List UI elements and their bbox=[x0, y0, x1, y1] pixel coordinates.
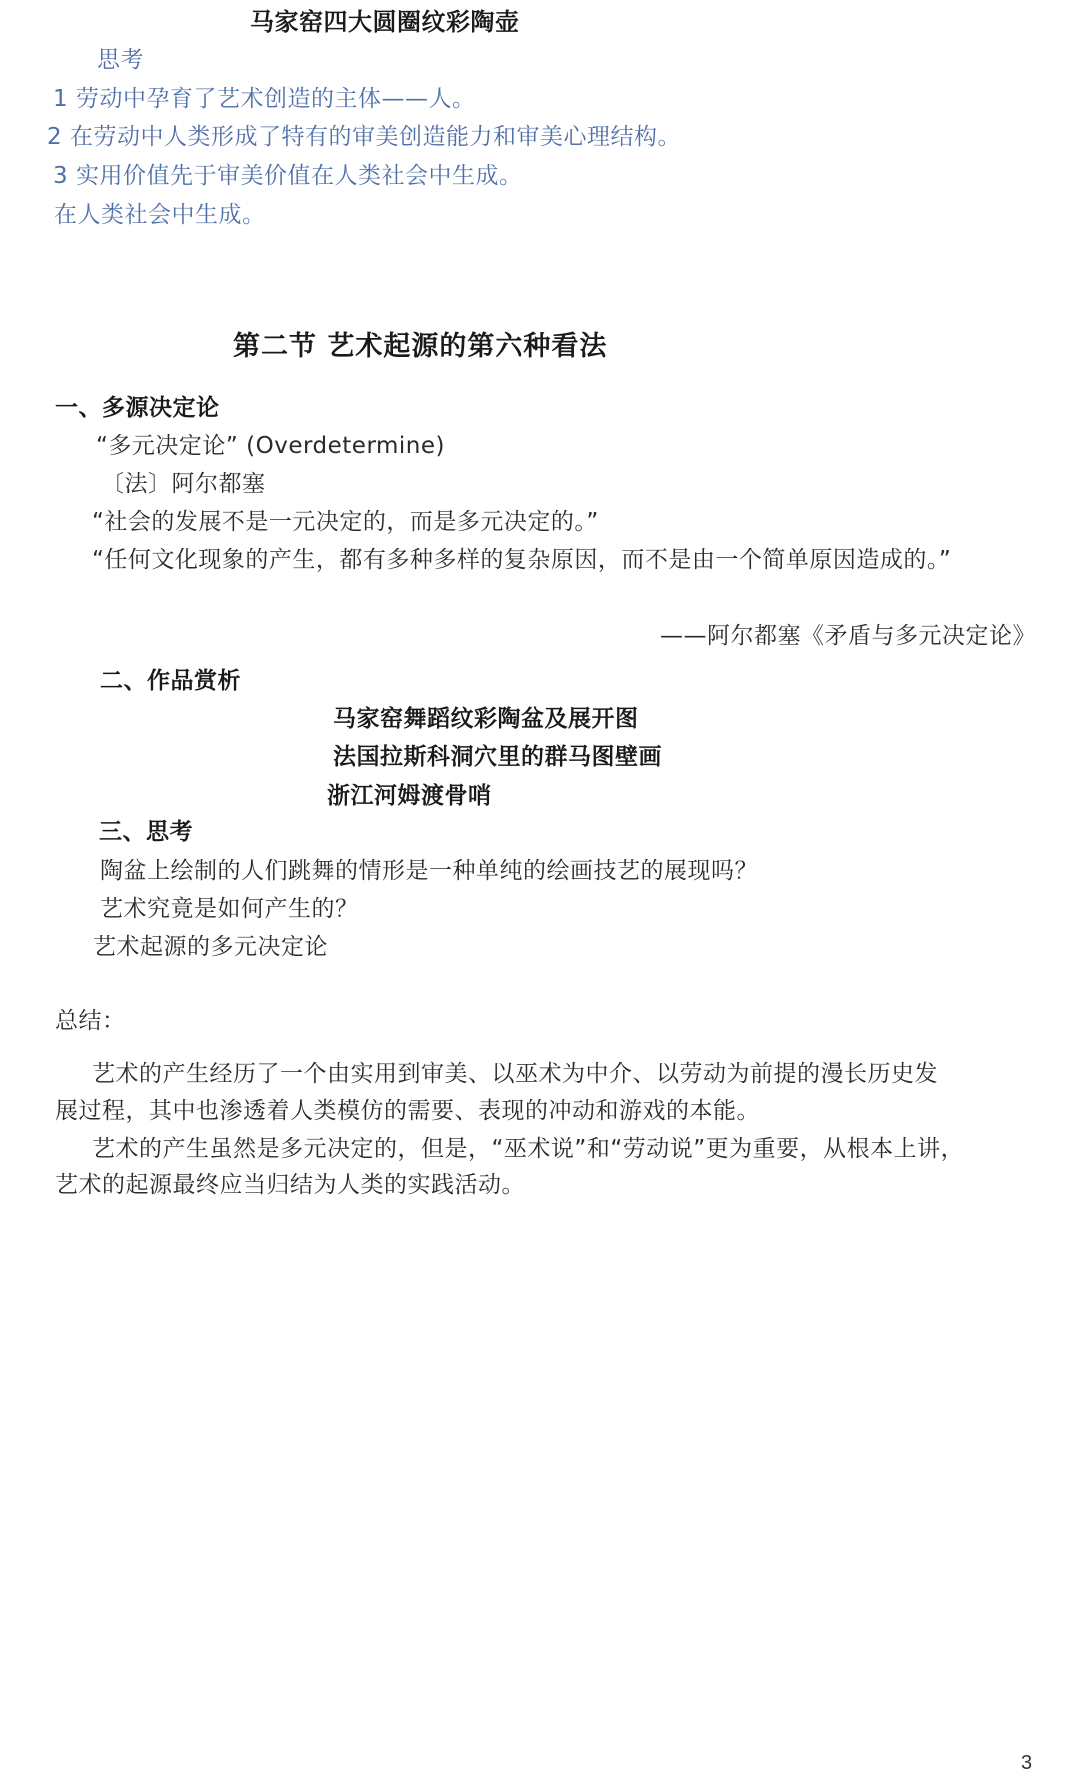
part3-question-1: 陶盆上绘制的人们跳舞的情形是一种单纯的绘画技艺的展现吗？ bbox=[100, 857, 758, 885]
thinking-label: 思考 bbox=[97, 46, 144, 74]
part1-term: “多元决定论” (Overdetermine) bbox=[96, 432, 445, 460]
part1-quote-2: “任何文化现象的产生，都有多种多样的复杂原因，而不是由一个简单原因造成的。” bbox=[92, 546, 951, 574]
thinking-point-continuation: 在人类社会中生成。 bbox=[54, 201, 266, 229]
image-caption: 马家窑四大圆圈纹彩陶壶 bbox=[250, 8, 520, 36]
summary-paragraph-2-line-1: 艺术的产生虽然是多元决定的，但是，“巫术说”和“劳动说”更为重要，从根本上讲， bbox=[92, 1135, 964, 1163]
summary-label: 总结： bbox=[55, 1007, 126, 1035]
artwork-item-2: 法国拉斯科洞穴里的群马图壁画 bbox=[333, 743, 662, 771]
part1-heading: 一、多源决定论 bbox=[55, 394, 220, 422]
part2-heading: 二、作品赏析 bbox=[100, 667, 241, 695]
page-number: 3 bbox=[1021, 1752, 1032, 1775]
thinking-point-1: 1 劳动中孕育了艺术创造的主体——人。 bbox=[53, 85, 475, 113]
section-title: 第二节 艺术起源的第六种看法 bbox=[233, 331, 607, 363]
part3-answer: 艺术起源的多元决定论 bbox=[93, 933, 328, 961]
thinking-point-3: 3 实用价值先于审美价值在人类社会中生成。 bbox=[53, 162, 522, 190]
part1-author: 〔法〕阿尔都塞 bbox=[101, 470, 266, 498]
artwork-item-3: 浙江河姆渡骨哨 bbox=[327, 782, 492, 810]
summary-paragraph-2-line-2: 艺术的起源最终应当归结为人类的实践活动。 bbox=[55, 1171, 525, 1199]
summary-paragraph-1-line-1: 艺术的产生经历了一个由实用到审美、以巫术为中介、以劳动为前提的漫长历史发 bbox=[92, 1060, 938, 1088]
thinking-point-2: 2 在劳动中人类形成了特有的审美创造能力和审美心理结构。 bbox=[47, 123, 681, 151]
part1-citation: ——阿尔都塞《矛盾与多元决定论》 bbox=[660, 622, 1036, 650]
part1-quote-1: “社会的发展不是一元决定的，而是多元决定的。” bbox=[92, 508, 599, 536]
part3-question-2: 艺术究竟是如何产生的？ bbox=[100, 895, 359, 923]
part3-heading: 三、思考 bbox=[99, 818, 193, 846]
artwork-item-1: 马家窑舞蹈纹彩陶盆及展开图 bbox=[333, 705, 639, 733]
summary-paragraph-1-line-2: 展过程，其中也渗透着人类模仿的需要、表现的冲动和游戏的本能。 bbox=[55, 1097, 760, 1125]
